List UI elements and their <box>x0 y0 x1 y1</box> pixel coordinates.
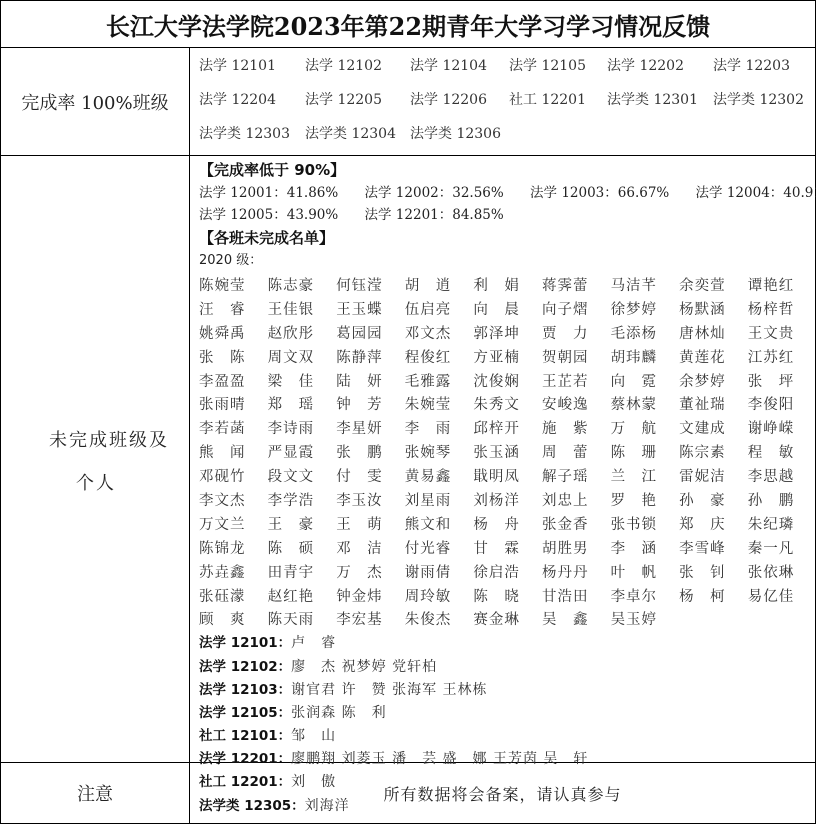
student-name: 徐梦婷 <box>611 298 680 322</box>
student-name: 唐林灿 <box>679 322 748 346</box>
class-incomplete-line: 法学 12105：张润森 陈 利 <box>199 702 811 725</box>
student-name: 方亚楠 <box>473 346 542 370</box>
student-name: 向 晨 <box>473 298 542 322</box>
student-name: 陈锦龙 <box>199 537 268 561</box>
student-name: 熊文和 <box>405 513 474 537</box>
document-title: 长江大学法学院2023年第22期青年大学习学习情况反馈 <box>1 1 815 48</box>
student-name: 熊 闻 <box>199 441 268 465</box>
student-name: 胡玮麟 <box>611 346 680 370</box>
student-name: 向子熠 <box>542 298 611 322</box>
full-completion-class: 法学 12104 <box>410 55 509 89</box>
student-name: 张雨晴 <box>199 393 268 417</box>
student-name: 杨 舟 <box>473 513 542 537</box>
incomplete-list-heading: 【各班未完成名单】 <box>199 226 811 250</box>
student-name: 孙 鹏 <box>748 489 816 513</box>
student-name: 张 鹏 <box>336 441 405 465</box>
student-name: 王文贵 <box>748 322 816 346</box>
student-name: 马洁芊 <box>611 274 680 298</box>
student-name: 李卓尔 <box>611 585 680 609</box>
student-name: 易亿佳 <box>748 585 816 609</box>
student-name: 程 敏 <box>748 441 816 465</box>
student-name: 万 航 <box>611 417 680 441</box>
student-name: 张婉琴 <box>405 441 474 465</box>
student-name: 李宏基 <box>336 608 405 632</box>
student-name: 李玉汝 <box>336 489 405 513</box>
student-name: 郭泽坤 <box>473 322 542 346</box>
student-name: 邓文杰 <box>405 322 474 346</box>
student-name: 刘杨洋 <box>473 489 542 513</box>
student-name: 黄莲花 <box>679 346 748 370</box>
incomplete-label-line2: 个人 <box>76 469 116 495</box>
student-name: 毛添杨 <box>611 322 680 346</box>
class-name: 法学 12103： <box>199 682 291 698</box>
student-name: 李星妍 <box>336 417 405 441</box>
low-rate-item: 法学 12001：41.86% <box>199 185 338 201</box>
student-name: 伍启亮 <box>405 298 474 322</box>
student-name: 朱纪璘 <box>748 513 816 537</box>
student-name: 向 霓 <box>611 370 680 394</box>
grade-2020-name-list: 陈婉莹陈志豪何钰滢胡 逍利 娟蒋霁蕾马洁芊余奕萱谭艳红汪 睿王佳银王玉蝶伍启亮向… <box>199 274 811 632</box>
class-student-names: 张润森 陈 利 <box>291 705 386 721</box>
class-name: 法学 12101： <box>199 635 291 651</box>
student-name: 郑 庆 <box>679 513 748 537</box>
student-name: 李俊阳 <box>748 393 816 417</box>
full-completion-class: 法学类 12306 <box>410 123 509 157</box>
student-name: 段文文 <box>268 465 337 489</box>
low-rate-item: 法学 12003：66.67% <box>530 185 669 201</box>
class-incomplete-line: 法学 12102：廖 杰 祝梦婷 党轩柏 <box>199 656 811 679</box>
student-name: 李 雨 <box>405 417 474 441</box>
full-completion-class: 法学 12203 <box>713 55 814 89</box>
student-name: 邓 洁 <box>336 537 405 561</box>
full-completion-class: 法学 12102 <box>305 55 410 89</box>
student-name: 程俊红 <box>405 346 474 370</box>
student-name: 刘忠上 <box>542 489 611 513</box>
grade-2020-label: 2020 级： <box>199 250 811 272</box>
low-rate-item: 法学 12004：40.91% <box>696 185 816 201</box>
student-name: 沈俊娴 <box>473 370 542 394</box>
class-name: 法学 12102： <box>199 659 291 675</box>
student-name: 葛园园 <box>336 322 405 346</box>
student-name: 蔡林蒙 <box>611 393 680 417</box>
student-name: 李盈盈 <box>199 370 268 394</box>
student-name: 秦一凡 <box>748 537 816 561</box>
student-name: 朱婉莹 <box>405 393 474 417</box>
student-name: 朱俊杰 <box>405 608 474 632</box>
class-incomplete-line: 法学 12101：卢 睿 <box>199 632 811 655</box>
student-name: 张金香 <box>542 513 611 537</box>
full-completion-class: 法学 12202 <box>607 55 713 89</box>
student-name: 钟 芳 <box>336 393 405 417</box>
incomplete-row: 未完成班级及 个人 【完成率低于 90%】 法学 12001：41.86% 法学… <box>1 156 815 763</box>
student-name: 付 雯 <box>336 465 405 489</box>
student-name: 杨 柯 <box>679 585 748 609</box>
student-name: 吴 鑫 <box>542 608 611 632</box>
student-name: 周文双 <box>268 346 337 370</box>
student-name: 周玲敏 <box>405 585 474 609</box>
student-name: 甘浩田 <box>542 585 611 609</box>
student-name: 李思越 <box>748 465 816 489</box>
student-name: 王 豪 <box>268 513 337 537</box>
student-name: 戢明凤 <box>473 465 542 489</box>
student-name: 张砡濛 <box>199 585 268 609</box>
student-name: 王佳银 <box>268 298 337 322</box>
full-completion-class: 法学类 12302 <box>713 89 814 123</box>
student-name: 张 坪 <box>748 370 816 394</box>
student-name: 余奕萱 <box>679 274 748 298</box>
student-name: 谢峥嵘 <box>748 417 816 441</box>
student-name: 陈志豪 <box>268 274 337 298</box>
class-student-names: 廖 杰 祝梦婷 党轩柏 <box>291 659 437 675</box>
full-completion-class: 法学 12101 <box>199 55 305 89</box>
note-label: 注意 <box>1 763 190 823</box>
student-name: 贾 力 <box>542 322 611 346</box>
student-name: 刘星雨 <box>405 489 474 513</box>
student-name: 谢雨倩 <box>405 561 474 585</box>
student-name: 安峻逸 <box>542 393 611 417</box>
student-name: 胡 逍 <box>405 274 474 298</box>
student-name: 陈宗素 <box>679 441 748 465</box>
class-student-names: 卢 睿 <box>291 635 336 651</box>
student-name: 严显霞 <box>268 441 337 465</box>
student-name: 朱秀文 <box>473 393 542 417</box>
full-completion-class: 社工 12201 <box>509 89 607 123</box>
student-name: 王 萌 <box>336 513 405 537</box>
full-completion-class: 法学类 12301 <box>607 89 713 123</box>
student-name: 邱梓开 <box>473 417 542 441</box>
student-name: 兰 江 <box>611 465 680 489</box>
student-name: 付光睿 <box>405 537 474 561</box>
student-name: 陈天雨 <box>268 608 337 632</box>
class-name: 法学 12105： <box>199 705 291 721</box>
student-name: 文建成 <box>679 417 748 441</box>
student-name: 万文兰 <box>199 513 268 537</box>
student-name: 郑 瑶 <box>268 393 337 417</box>
student-name: 田青宇 <box>268 561 337 585</box>
student-name: 余梦婷 <box>679 370 748 394</box>
student-name: 毛雅露 <box>405 370 474 394</box>
student-name: 赵欣彤 <box>268 322 337 346</box>
student-name: 张依琳 <box>748 561 816 585</box>
student-name: 雷妮洁 <box>679 465 748 489</box>
student-name: 陈 珊 <box>611 441 680 465</box>
student-name: 杨丹丹 <box>542 561 611 585</box>
student-name: 吴玉婷 <box>611 608 680 632</box>
student-name: 张 钊 <box>679 561 748 585</box>
feedback-table: 长江大学法学院2023年第22期青年大学习学习情况反馈 完成率 100%班级 法… <box>0 0 816 824</box>
full-completion-content: 法学 12101法学 12102法学 12104法学 12105法学 12202… <box>190 48 815 155</box>
student-name: 张玉涵 <box>473 441 542 465</box>
note-row: 注意 所有数据将会备案，请认真参与 <box>1 763 815 823</box>
low-rate-heading: 【完成率低于 90%】 <box>199 158 811 182</box>
full-completion-class: 法学类 12303 <box>199 123 305 157</box>
student-name: 陈婉莹 <box>199 274 268 298</box>
student-name: 姚舜禹 <box>199 322 268 346</box>
student-name: 李文杰 <box>199 489 268 513</box>
student-name: 王玉蝶 <box>336 298 405 322</box>
class-incomplete-line: 社工 12101：邹 山 <box>199 725 811 748</box>
class-student-names: 谢官君 许 赞 张海军 王林栋 <box>291 682 487 698</box>
student-name: 陆 妍 <box>336 370 405 394</box>
class-incomplete-line: 法学 12103：谢官君 许 赞 张海军 王林栋 <box>199 679 811 702</box>
full-completion-class: 法学 12205 <box>305 89 410 123</box>
student-name: 李雪峰 <box>679 537 748 561</box>
student-name: 罗 艳 <box>611 489 680 513</box>
class-name: 社工 12101： <box>199 728 291 744</box>
student-name: 陈 硕 <box>268 537 337 561</box>
student-name: 利 娟 <box>473 274 542 298</box>
student-name: 赛金琳 <box>473 608 542 632</box>
student-name: 梁 佳 <box>268 370 337 394</box>
student-name: 陈静萍 <box>336 346 405 370</box>
incomplete-label-line1: 未完成班级及 <box>49 426 169 452</box>
low-rate-item: 法学 12005：43.90% <box>199 207 338 223</box>
student-name: 孙 豪 <box>679 489 748 513</box>
student-name: 万 杰 <box>336 561 405 585</box>
low-rate-item: 法学 12002：32.56% <box>365 185 504 201</box>
student-name: 谭艳红 <box>748 274 816 298</box>
full-completion-label: 完成率 100%班级 <box>1 48 190 155</box>
note-text: 所有数据将会备案，请认真参与 <box>190 763 815 823</box>
student-name: 周 蕾 <box>542 441 611 465</box>
student-name: 黄易鑫 <box>405 465 474 489</box>
student-name: 汪 睿 <box>199 298 268 322</box>
low-rate-item: 法学 12201：84.85% <box>365 207 504 223</box>
student-name: 徐启浩 <box>473 561 542 585</box>
student-name: 钟金炜 <box>336 585 405 609</box>
student-name: 李若菡 <box>199 417 268 441</box>
student-name: 张 陈 <box>199 346 268 370</box>
student-name: 张书锁 <box>611 513 680 537</box>
student-name: 蒋霁蕾 <box>542 274 611 298</box>
student-name: 苏垚鑫 <box>199 561 268 585</box>
student-name: 胡胜男 <box>542 537 611 561</box>
student-name: 贺朝园 <box>542 346 611 370</box>
student-name: 李 涵 <box>611 537 680 561</box>
student-name: 解子瑶 <box>542 465 611 489</box>
student-name: 邓砚竹 <box>199 465 268 489</box>
full-completion-class: 法学 12204 <box>199 89 305 123</box>
full-completion-class-list: 法学 12101法学 12102法学 12104法学 12105法学 12202… <box>199 55 814 157</box>
full-completion-row: 完成率 100%班级 法学 12101法学 12102法学 12104法学 12… <box>1 48 815 156</box>
student-name: 董祉瑞 <box>679 393 748 417</box>
student-name: 顾 爽 <box>199 608 268 632</box>
student-name: 施 紫 <box>542 417 611 441</box>
student-name: 杨梓哲 <box>748 298 816 322</box>
incomplete-label: 未完成班级及 个人 <box>1 156 190 762</box>
incomplete-content: 【完成率低于 90%】 法学 12001：41.86% 法学 12002：32.… <box>190 156 815 762</box>
student-name: 王芷若 <box>542 370 611 394</box>
student-name: 李诗雨 <box>268 417 337 441</box>
note-content: 所有数据将会备案，请认真参与 <box>190 763 815 823</box>
student-name: 李学浩 <box>268 489 337 513</box>
full-completion-class: 法学 12105 <box>509 55 607 89</box>
student-name: 陈 晓 <box>473 585 542 609</box>
student-name: 江苏红 <box>748 346 816 370</box>
student-name: 叶 帆 <box>611 561 680 585</box>
student-name: 赵红艳 <box>268 585 337 609</box>
student-name: 杨默涵 <box>679 298 748 322</box>
low-rate-line-2: 法学 12005：43.90% 法学 12201：84.85% <box>199 204 811 226</box>
class-student-names: 邹 山 <box>291 728 336 744</box>
low-rate-line-1: 法学 12001：41.86% 法学 12002：32.56% 法学 12003… <box>199 182 811 204</box>
student-name: 何钰滢 <box>336 274 405 298</box>
full-completion-class: 法学类 12304 <box>305 123 410 157</box>
full-completion-class: 法学 12206 <box>410 89 509 123</box>
student-name: 甘 霖 <box>473 537 542 561</box>
